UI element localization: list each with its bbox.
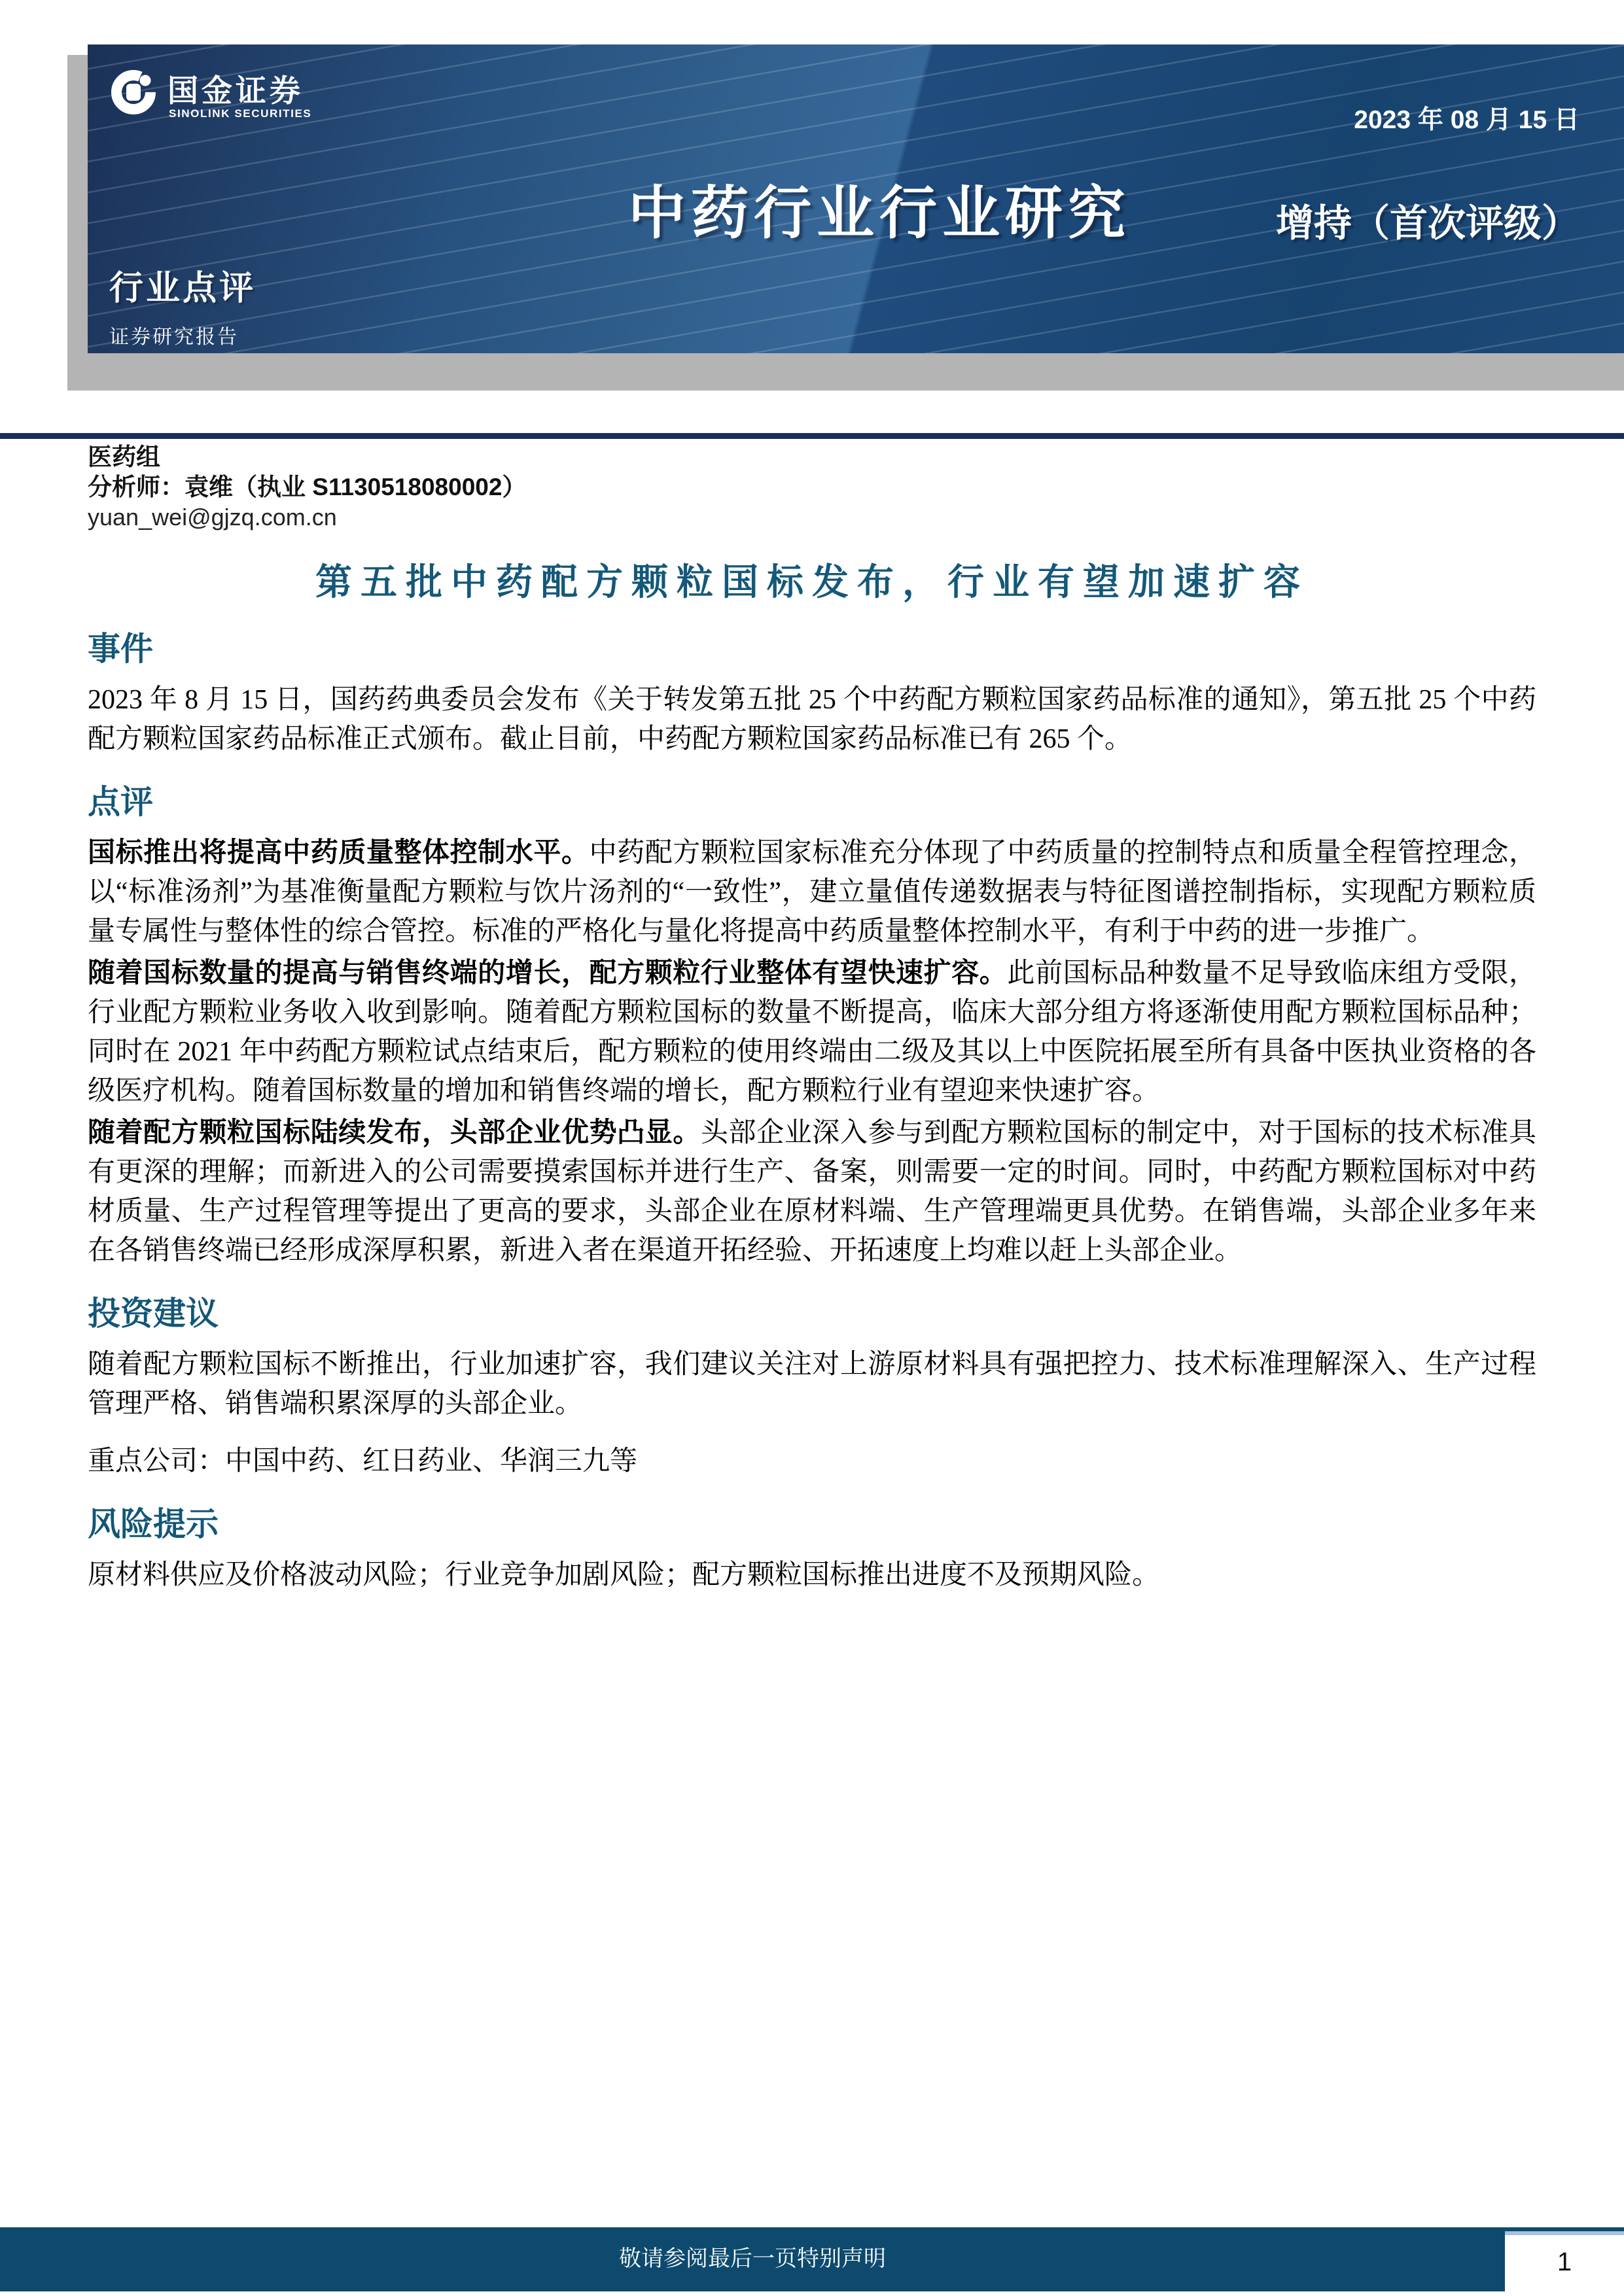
comment-paragraph-2: 随着国标数量的提高与销售终端的增长，配方颗粒行业整体有望快速扩容。此前国标品种数… xyxy=(88,954,1536,1111)
analyst-name-license: 分析师：袁维（执业 S1130518080002） xyxy=(88,472,526,502)
paragraph-lead: 国标推出将提高中药质量整体控制水平。 xyxy=(88,838,590,868)
section-heading-risk: 风险提示 xyxy=(88,1498,1536,1545)
logo-company-name-en: SINOLINK SECURITIES xyxy=(169,107,311,120)
analyst-email: yuan_wei@gjzq.com.cn xyxy=(88,502,526,532)
comment-paragraph-3: 随着配方颗粒国标陆续发布，头部企业优势凸显。头部企业深入参与到配方颗粒国标的制定… xyxy=(88,1113,1536,1270)
rating-badge: 增持（首次评级） xyxy=(1276,192,1580,247)
footer-bar: 敬请参阅最后一页特别声明 1 xyxy=(0,2227,1624,2291)
logo-company-name: 国金证券 xyxy=(168,67,304,111)
section-heading-investment: 投资建议 xyxy=(88,1287,1536,1334)
paragraph-lead: 随着配方颗粒国标陆续发布，头部企业优势凸显。 xyxy=(88,1118,701,1148)
report-body: 事件 2023 年 8 月 15 日，国药药典委员会发布《关于转发第五批 25 … xyxy=(88,623,1536,1597)
report-type-title: 中药行业行业研究 xyxy=(628,167,1131,250)
report-category: 行业点评 xyxy=(109,260,256,309)
page-number: 1 xyxy=(1557,2248,1572,2276)
paragraph-lead: 随着国标数量的提高与销售终端的增长，配方颗粒行业整体有望快速扩容。 xyxy=(88,958,1007,988)
report-page: 国金证券 SINOLINK SECURITIES 2023 年 08 月 15 … xyxy=(0,0,1624,2296)
report-subcategory: 证券研究报告 xyxy=(109,321,239,349)
key-companies-line: 重点公司：中国中药、红日药业、华润三九等 xyxy=(88,1442,1536,1481)
header-divider xyxy=(0,433,1624,439)
footer-disclaimer: 敬请参阅最后一页特别声明 xyxy=(0,2227,1505,2291)
sinolink-logo-icon xyxy=(110,63,157,119)
report-date: 2023 年 08 月 15 日 xyxy=(1354,99,1580,136)
paragraph-text: 重点公司：中国中药、红日药业、华润三九等 xyxy=(88,1446,637,1476)
header-banner: 国金证券 SINOLINK SECURITIES 2023 年 08 月 15 … xyxy=(88,44,1624,353)
investment-paragraph: 随着配方颗粒国标不断推出，行业加速扩容，我们建议关注对上游原材料具有强把控力、技… xyxy=(88,1345,1536,1423)
section-heading-comment: 点评 xyxy=(88,776,1536,823)
section-heading-event: 事件 xyxy=(88,623,1536,670)
analyst-block: 医药组 分析师：袁维（执业 S1130518080002） yuan_wei@g… xyxy=(88,442,526,532)
risk-paragraph: 原材料供应及价格波动风险；行业竞争加剧风险；配方颗粒国标推出进度不及预期风险。 xyxy=(88,1556,1536,1595)
comment-paragraph-1: 国标推出将提高中药质量整体控制水平。中药配方颗粒国家标准充分体现了中药质量的控制… xyxy=(88,833,1536,951)
paragraph-text: 原材料供应及价格波动风险；行业竞争加剧风险；配方颗粒国标推出进度不及预期风险。 xyxy=(88,1560,1159,1590)
page-number-box: 1 xyxy=(1505,2231,1624,2291)
paragraph-text: 随着配方颗粒国标不断推出，行业加速扩容，我们建议关注对上游原材料具有强把控力、技… xyxy=(88,1349,1536,1419)
page-title: 第五批中药配方颗粒国标发布，行业有望加速扩容 xyxy=(0,553,1624,606)
event-paragraph: 2023 年 8 月 15 日，国药药典委员会发布《关于转发第五批 25 个中药… xyxy=(88,680,1536,759)
paragraph-text: 2023 年 8 月 15 日，国药药典委员会发布《关于转发第五批 25 个中药… xyxy=(88,685,1536,754)
analyst-group: 医药组 xyxy=(88,442,526,472)
